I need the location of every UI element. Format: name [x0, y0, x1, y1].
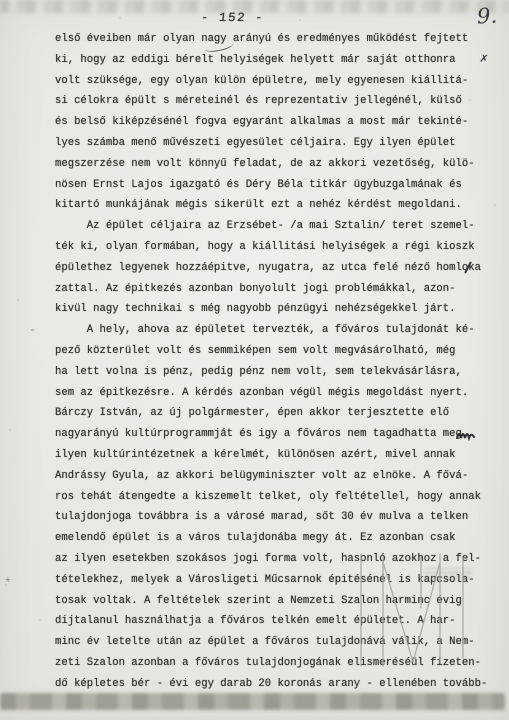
text-line: sem az épitkezésre. A kérdés azonban vég… [55, 383, 495, 404]
text-line: kivül nagy technikai s még nagyobb pénzü… [55, 299, 495, 320]
text-line: Bárczy István, az új polgármester, épen … [55, 403, 495, 424]
text-line: ilyen kultúrintézetnek a kérelmét, külön… [55, 445, 495, 466]
text-line: épülethez legyenek hozzáépitve, nyugatra… [55, 258, 495, 279]
text-line: nagyarányú kultúrprogrammját és igy a fő… [55, 424, 495, 445]
scanned-document-page: - 152 - 9. első éveiben már olyan nagy a… [0, 0, 509, 720]
text-line: és belső kiképzésénél fogva egyaránt alk… [55, 112, 495, 133]
text-line: kitartó munkájának mégis sikerült ezt a … [55, 195, 495, 216]
text-line: Andrássy Gyula, az akkori belügyminiszte… [55, 466, 495, 487]
text-line: első éveiben már olyan nagy arányú és er… [55, 29, 495, 50]
text-line: emelendő épület is a város tulajdonába m… [55, 528, 495, 549]
text-line: megszerzése nem volt könnyű feladat, de … [55, 154, 495, 175]
pencil-margin-dash: - [29, 323, 36, 337]
text-line: tulajdonjoga továbbra is a városé marad,… [55, 507, 495, 528]
text-line: ki, hogy az eddigi bérelt helyiségek hel… [55, 50, 495, 71]
text-line: volt szüksége, egy olyan külön épületre,… [55, 71, 495, 92]
text-line: ros tehát átengedte a kiszemelt telket, … [55, 487, 495, 508]
squiggle-icon [456, 428, 476, 441]
text-line: ték ki, olyan formában, hogy a kiállitás… [55, 237, 495, 258]
pen-checkmark-annotation: ✗ [479, 51, 488, 67]
pencil-margin-asterisk: * [4, 576, 12, 591]
text-line: ha lett volna is pénz, pedig pénz nem vo… [55, 362, 495, 383]
text-line: nösen Ernst Lajos igazgató és Déry Béla … [55, 175, 495, 196]
text-line: pező közterület volt és semmiképen sem v… [55, 341, 495, 362]
text-line: A hely, ahova az épületet tervezték, a f… [55, 320, 495, 341]
text-line: lyes számba menő művészeti egyesület cél… [55, 133, 495, 154]
handwritten-page-number: 9. [476, 3, 497, 28]
text-line: zattal. Az épitkezés azonban bonyolult j… [55, 279, 495, 300]
text-line: si célokra épült s méreteinél és repreze… [55, 91, 495, 112]
typed-page-number: - 152 - [200, 11, 264, 25]
faint-stamp-smudge [424, 565, 472, 581]
scan-smudge-bottom-edge [0, 693, 505, 710]
pen-squiggle-mark [456, 428, 476, 446]
text-line: dő képletes bér - évi egy darab 20 koron… [55, 674, 495, 695]
text-line: Az épület céljaira az Erzsébet- /a mai S… [55, 216, 495, 237]
